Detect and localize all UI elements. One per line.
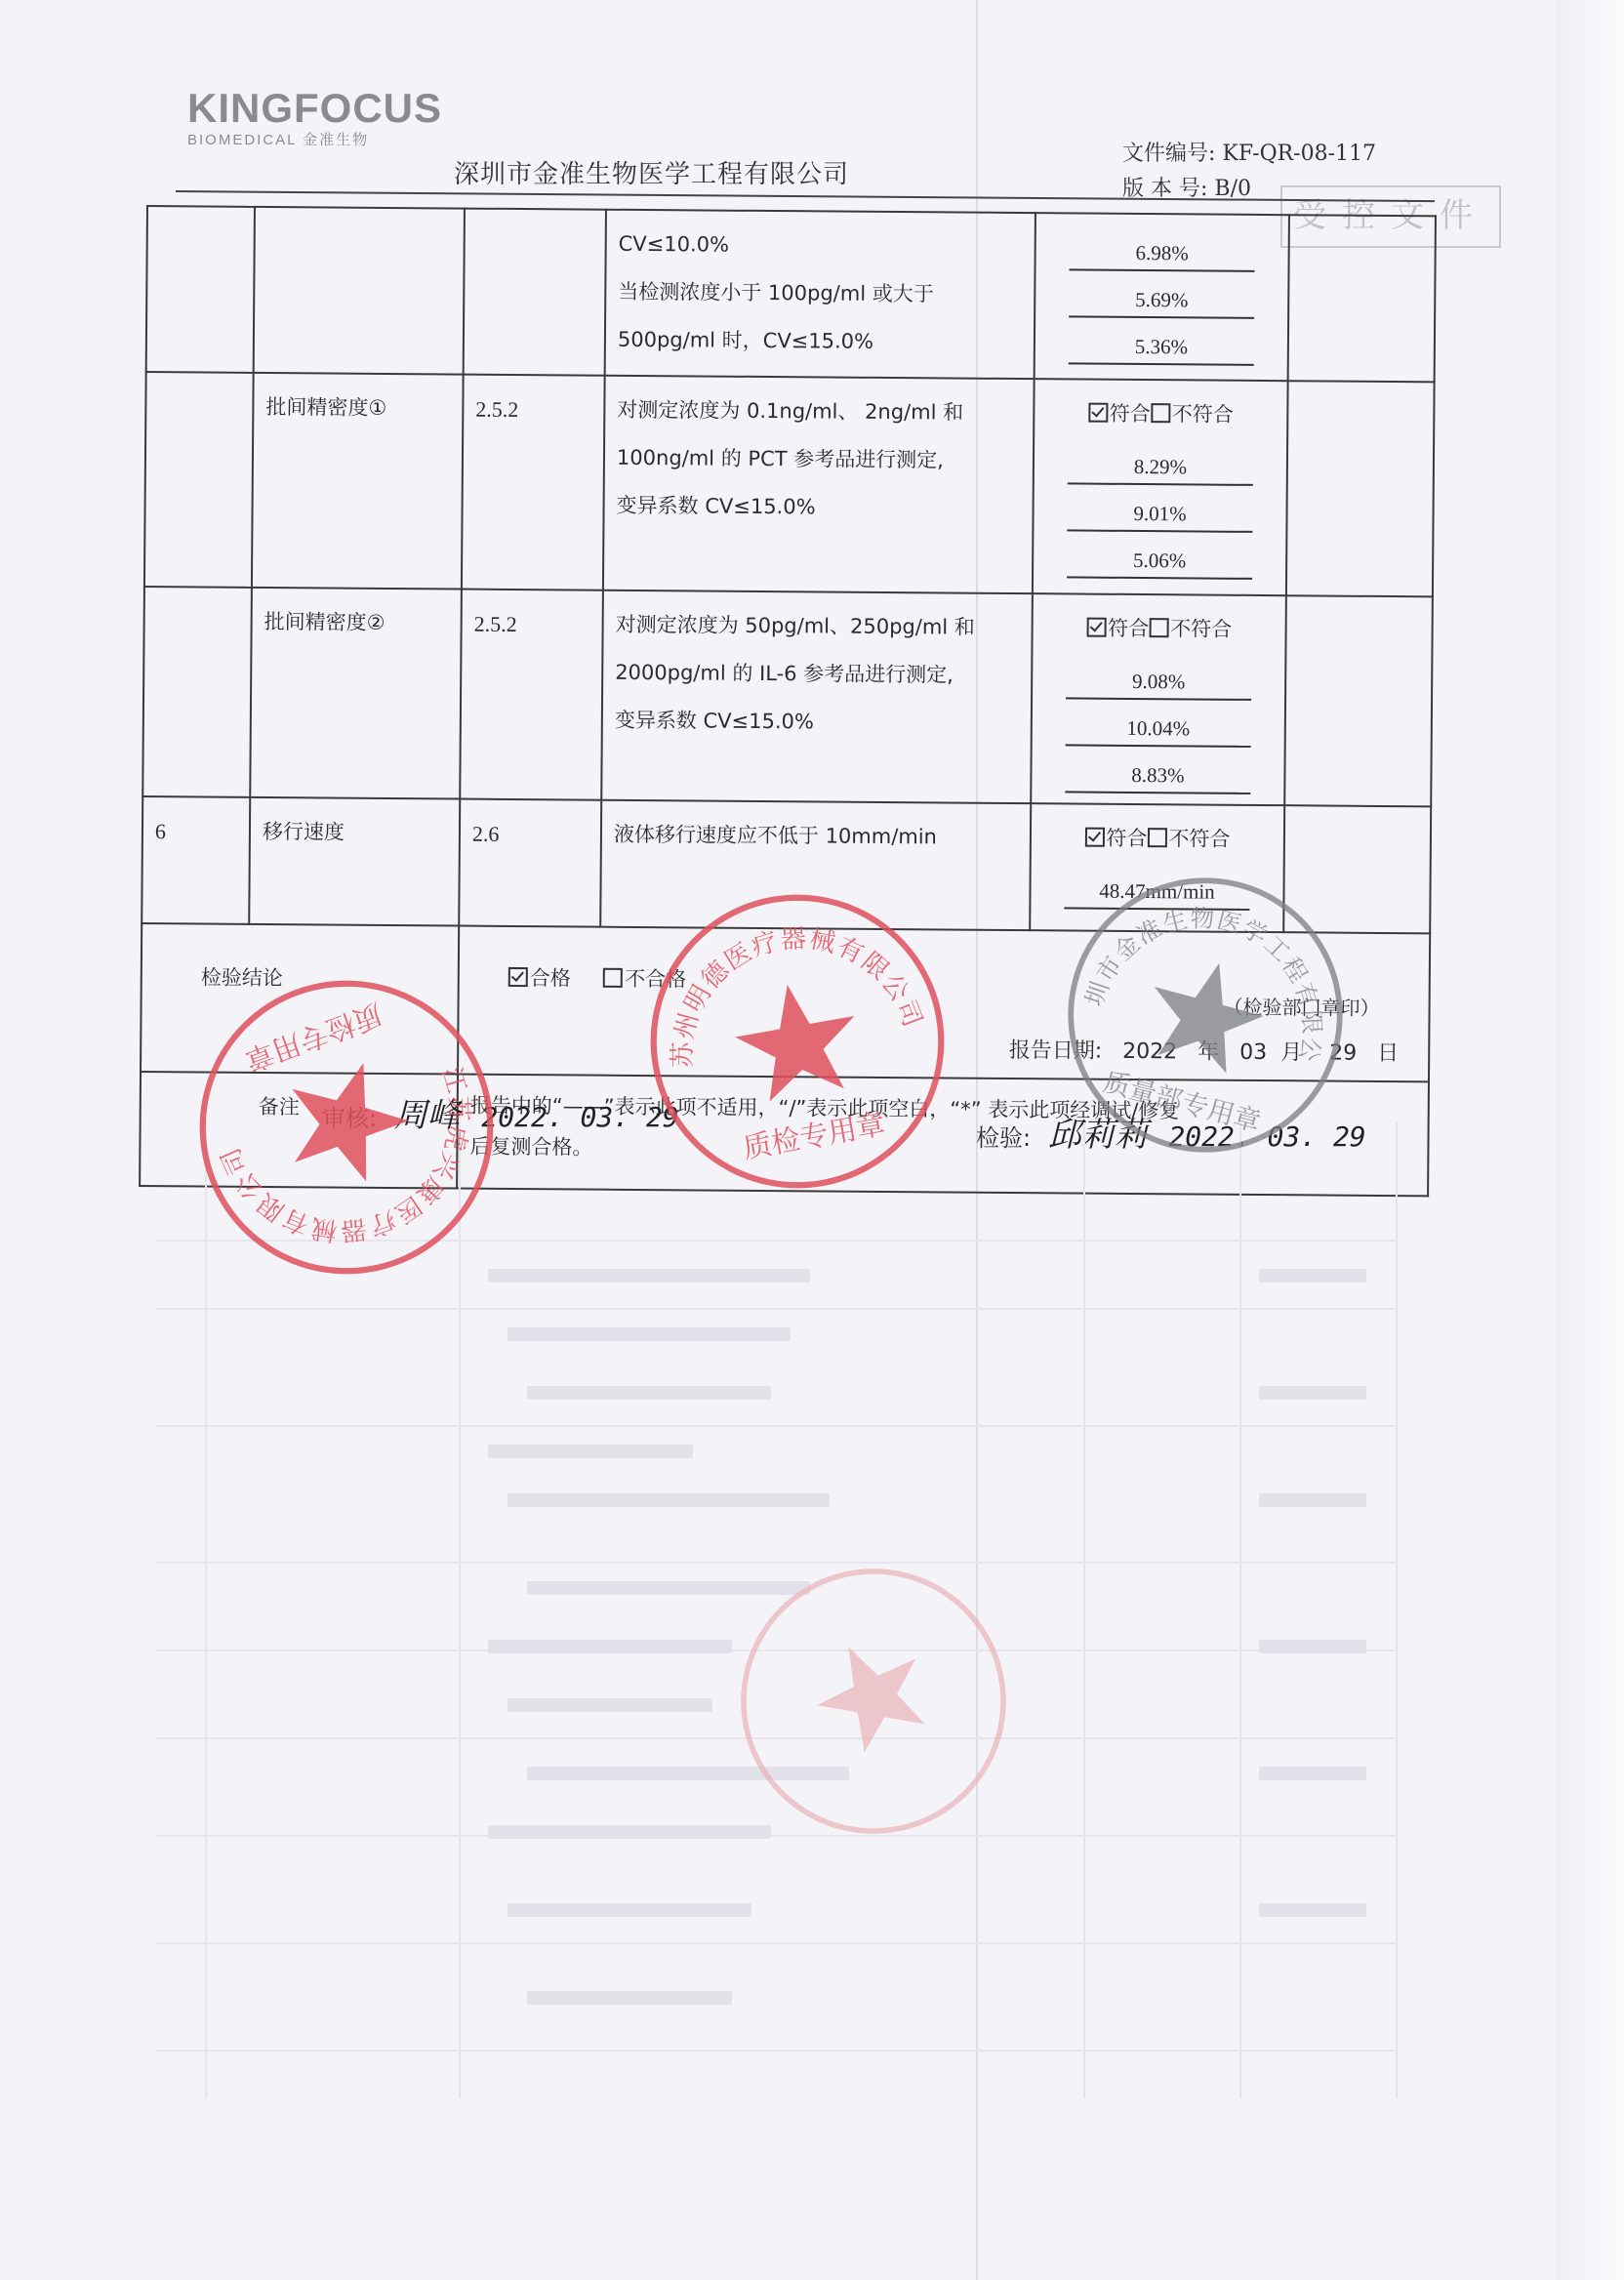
requirement: 液体移行速度应不低于 10mm/min xyxy=(600,800,1031,930)
reviewer-label: 审核: xyxy=(322,1105,377,1132)
test-item: 移行速度 xyxy=(249,797,460,926)
test-item: 批间精密度② xyxy=(250,588,462,799)
pass-label: 符合 xyxy=(1106,827,1147,850)
requirement-line: 变异系数 CV≤15.0% xyxy=(616,482,1020,533)
fail-label: 不合格 xyxy=(625,967,686,991)
result: 符合不符合48.47mm/min xyxy=(1030,803,1284,932)
doc-number: KF-QR-08-117 xyxy=(1222,142,1376,166)
requirement-line: 当检测浓度小于 100pg/ml 或大于 xyxy=(618,268,1022,319)
result-check: 符合不符合 xyxy=(1043,814,1272,864)
result-value: 8.83% xyxy=(1065,757,1250,794)
month-unit: 月 xyxy=(1280,1040,1302,1065)
result-value: 5.36% xyxy=(1069,329,1254,365)
conclusion-cell: 合格 不合格 （检验部门章印） 报告日期: 2022 年 03 月 29 日 xyxy=(458,926,1430,1082)
row-number xyxy=(144,372,254,588)
fail-checkbox[interactable] xyxy=(1151,403,1170,423)
pass-checkbox[interactable] xyxy=(1086,618,1106,637)
pass-checkbox[interactable] xyxy=(508,967,528,987)
fail-label: 不符合 xyxy=(1172,402,1234,426)
result-value: 9.01% xyxy=(1067,496,1252,532)
fail-label: 不符合 xyxy=(1168,827,1230,850)
result-value: 5.69% xyxy=(1069,282,1254,318)
fail-label: 不符合 xyxy=(1170,617,1232,640)
result-value: 5.06% xyxy=(1067,543,1252,579)
result-value: 6.98% xyxy=(1069,235,1254,271)
pass-checkbox[interactable] xyxy=(1084,828,1104,847)
company-name: 深圳市金准生物医学工程有限公司 xyxy=(454,154,849,190)
remark xyxy=(1286,381,1435,596)
conclusion-label: 检验结论 xyxy=(141,923,459,1075)
version: B/0 xyxy=(1214,177,1251,201)
report-day: 29 xyxy=(1329,1041,1357,1066)
dept-stamp-note: （检验部门章印） xyxy=(1223,984,1379,1033)
test-item: 批间精密度① xyxy=(252,373,464,590)
conclusion-options: 合格 不合格 xyxy=(508,955,687,1003)
inspector-date: 2022. 03. 29 xyxy=(1168,1120,1365,1153)
table-row: CV≤10.0%当检测浓度小于 100pg/ml 或大于500pg/ml 时，C… xyxy=(146,206,1436,382)
fail-checkbox[interactable] xyxy=(1147,828,1166,847)
row-number xyxy=(142,587,252,797)
logo-brand: KINGFOCUS xyxy=(187,88,441,129)
fail-checkbox[interactable] xyxy=(603,968,623,988)
reviewer-name: 周峰 xyxy=(394,1096,461,1135)
inspector-label: 检验: xyxy=(976,1124,1031,1152)
report-date: 报告日期: 2022 年 03 月 29 日 xyxy=(1009,1027,1400,1078)
result-value: 10.04% xyxy=(1066,711,1251,747)
requirement: 对测定浓度为 50pg/ml、250pg/ml 和2000pg/ml 的 IL-… xyxy=(601,590,1033,803)
requirement-line: 100ng/ml 的 PCT 参考品进行测定, xyxy=(617,434,1021,485)
result: 符合不符合8.29%9.01%5.06% xyxy=(1033,379,1288,595)
conclusion-row: 检验结论 合格 不合格 （检验部门章印） 报告日期: 2022 年 03 月 xyxy=(141,923,1430,1081)
clause: 2.6 xyxy=(459,799,601,927)
reviewer-signature: 审核: 周峰 2022. 03. 29 xyxy=(322,1088,679,1136)
paper-edge xyxy=(1556,0,1624,2280)
remark xyxy=(1288,215,1436,382)
reviewer-date: 2022. 03. 29 xyxy=(481,1101,678,1133)
day-unit: 日 xyxy=(1377,1041,1399,1066)
fail-checkbox[interactable] xyxy=(1149,618,1168,637)
pass-checkbox[interactable] xyxy=(1088,403,1108,423)
requirement-line: 液体移行速度应不低于 10mm/min xyxy=(614,811,1018,862)
doc-number-label: 文件编号: xyxy=(1122,142,1215,166)
report-year: 2022 xyxy=(1122,1039,1177,1064)
table-row: 6移行速度2.6液体移行速度应不低于 10mm/min符合不符合48.47mm/… xyxy=(142,796,1431,933)
row-number: 6 xyxy=(142,796,250,924)
report-date-label: 报告日期: xyxy=(1009,1038,1103,1064)
requirement-line: CV≤10.0% xyxy=(619,221,1023,271)
result-check: 符合不符合 xyxy=(1046,389,1275,439)
report-month: 03 xyxy=(1239,1040,1267,1065)
logo-subtitle: BIOMEDICAL 金准生物 xyxy=(187,129,441,149)
inspection-report-table: CV≤10.0%当检测浓度小于 100pg/ml 或大于500pg/ml 时，C… xyxy=(139,205,1435,1197)
table-row: 批间精密度①2.5.2对测定浓度为 0.1ng/ml、 2ng/ml 和100n… xyxy=(144,372,1435,596)
test-item xyxy=(254,207,465,375)
company-logo: KINGFOCUS BIOMEDICAL 金准生物 xyxy=(187,88,441,149)
result-value: 9.08% xyxy=(1066,664,1251,700)
pass-label: 符合 xyxy=(1110,402,1151,426)
remark xyxy=(1283,805,1431,933)
year-unit: 年 xyxy=(1198,1039,1219,1064)
inspector-name: 邱莉莉 xyxy=(1048,1116,1148,1155)
result-check: 符合不符合 xyxy=(1044,604,1273,654)
requirement-line: 500pg/ml 时，CV≤15.0% xyxy=(618,316,1022,367)
result-value: 48.47mm/min xyxy=(1064,874,1249,910)
requirement-line: 对测定浓度为 0.1ng/ml、 2ng/ml 和 xyxy=(617,387,1021,437)
inspector-signature: 检验: 邱莉莉 2022. 03. 29 xyxy=(976,1108,1366,1156)
row-number xyxy=(146,206,255,373)
clause: 2.5.2 xyxy=(462,375,605,590)
pass-label: 合格 xyxy=(530,966,571,990)
requirement: 对测定浓度为 0.1ng/ml、 2ng/ml 和100ng/ml 的 PCT … xyxy=(603,376,1035,593)
result: 6.98%5.69%5.36% xyxy=(1035,213,1289,381)
remark xyxy=(1284,595,1433,806)
pass-label: 符合 xyxy=(1108,617,1149,640)
requirement: CV≤10.0%当检测浓度小于 100pg/ml 或大于500pg/ml 时，C… xyxy=(605,210,1035,379)
clause: 2.5.2 xyxy=(460,590,603,800)
requirement-line: 变异系数 CV≤15.0% xyxy=(615,697,1019,748)
result-value: 8.29% xyxy=(1068,449,1253,485)
clause xyxy=(464,209,606,376)
requirement-line: 对测定浓度为 50pg/ml、250pg/ml 和 xyxy=(615,601,1019,652)
requirement-line: 2000pg/ml 的 IL-6 参考品进行测定, xyxy=(615,649,1019,700)
table-row: 批间精密度②2.5.2对测定浓度为 50pg/ml、250pg/ml 和2000… xyxy=(142,587,1433,806)
result: 符合不符合9.08%10.04%8.83% xyxy=(1031,593,1286,805)
